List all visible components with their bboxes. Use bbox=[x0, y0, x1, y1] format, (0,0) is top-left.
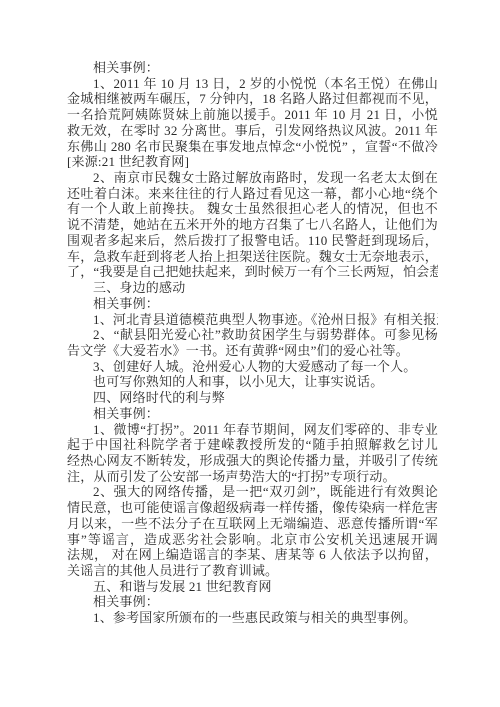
text-line: 1、河北青县道德模范典型人物事迹。《沧州日报》有相关报道。 bbox=[67, 312, 438, 328]
text-line: [来源:21 世纪教育网] bbox=[67, 154, 438, 170]
text-line: 3、创建好人城。沧州爱心人物的大爱感动了每一个人。 bbox=[67, 359, 438, 375]
text-line: 三、身边的感动 bbox=[67, 280, 438, 296]
document-page: 相关事例：1、2011 年 10 月 13 日，2 岁的小悦悦（本名王悦）在佛山… bbox=[0, 0, 500, 707]
text-line: 有一个人敢上前搀扶。 魏女士虽然很担心老人的情况，但也不敢走近，怕事后 bbox=[67, 201, 438, 217]
text-line: 了，“我要是自己把她扶起来，到时候万一有个三长两短，怕会惹来麻烦。” bbox=[67, 264, 438, 280]
text-line: 2、“献县阳光爱心社”救助贫困学生与弱势群体。可参见杨搏写的长篇报 bbox=[67, 327, 438, 343]
text-line: 相关事例： bbox=[67, 594, 438, 610]
text-line: 金城相继被两车碾压，7 分钟内，18 名路人路过但都视而不见，漠然而去，最后 bbox=[67, 91, 438, 107]
text-line: 围观者多起来后，然后拨打了报警电话。110 民警赶到现场后，联系了 120 急救 bbox=[67, 233, 438, 249]
text-line: 五、和谐与发展 21 世纪教育网 bbox=[67, 579, 438, 595]
text-line: 也可写你熟知的人和事，以小见大，让事实说话。 bbox=[67, 374, 438, 390]
text-line: 相关事例： bbox=[67, 406, 438, 422]
document-body: 相关事例：1、2011 年 10 月 13 日，2 岁的小悦悦（本名王悦）在佛山… bbox=[67, 60, 438, 626]
text-line: 东佛山 280 名市民聚集在事发地点悼念“小悦悦” ，宣誓“不做冷漠佛山人”。 bbox=[67, 139, 438, 155]
text-line: 救无效，在零时 32 分离世。事后，引发网络热议风波。2011 年 10 月 2… bbox=[67, 123, 438, 139]
text-line: 1、2011 年 10 月 13 日，2 岁的小悦悦（本名王悦）在佛山南海黄岐广… bbox=[67, 76, 438, 92]
text-line: 1、参考国家所颁布的一些惠民政策与相关的典型事例。 bbox=[67, 610, 438, 626]
text-line: 情民意，也可能使谣言像超级病毒一样传播，像传染病一样危害社会。2012 年 3 bbox=[67, 500, 438, 516]
text-line: 相关事例： bbox=[67, 296, 438, 312]
text-line: 注，从而引发了公安部一场声势浩大的“打拐”专项行动。 bbox=[67, 469, 438, 485]
text-line: 2、强大的网络传播，是一把“双刃剑”，既能进行有效舆论监督、反映社 bbox=[67, 484, 438, 500]
text-line: 告文学《大爱若水》一书。还有黄骅“网虫”们的爱心社等。 bbox=[67, 343, 438, 359]
text-line: 法规， 对在网上编造谣言的李某、唐某等 6 人依法予以拘留， 对在网上传播相 bbox=[67, 547, 438, 563]
text-line: 1、微博“打拐”。2011 年春节期间，网友们零碎的、非专业的行动，事件 bbox=[67, 422, 438, 438]
text-line: 2、南京市民魏女士路过解放南路时，发现一名老太太倒在人行道边，嘴里 bbox=[67, 170, 438, 186]
text-line: 关谣言的其他人员进行了教育训诫。 bbox=[67, 563, 438, 579]
text-line: 说不清楚，她站在五米开外的地方召集了七八名路人，让他们为自己作个“见证”， bbox=[67, 217, 438, 233]
text-line: 经热心网友不断转发，形成强大的舆论传播力量，并吸引了传统媒体的跟进与关 bbox=[67, 453, 438, 469]
text-line: 相关事例： bbox=[67, 60, 438, 76]
text-line: 月以来，一些不法分子在互联网上无端编造、恶意传播所谓“军车进京、北京出 bbox=[67, 516, 438, 532]
text-line: 车，急救车赶到将老人抬上担架送往医院。魏女士无奈地表示，毕竟老人年纪大 bbox=[67, 249, 438, 265]
text-line: 事”等谣言，造成恶劣社会影响。北京市公安机关迅速展开调查，依据有关法律 bbox=[67, 532, 438, 548]
text-line: 还吐着白沫。来来往往的行人路过看见这一幕，都小心地“绕个弯儿”走过，没 bbox=[67, 186, 438, 202]
text-line: 起于中国社科院学者于建嵘教授所发的“随手拍照解救乞讨儿童”微博，该微博 bbox=[67, 437, 438, 453]
text-line: 一名拾荒阿姨陈贤妹上前施以援手。2011 年 10 月 21 日，小悦悦经医院全… bbox=[67, 107, 438, 123]
text-line: 四、网络时代的利与弊 bbox=[67, 390, 438, 406]
